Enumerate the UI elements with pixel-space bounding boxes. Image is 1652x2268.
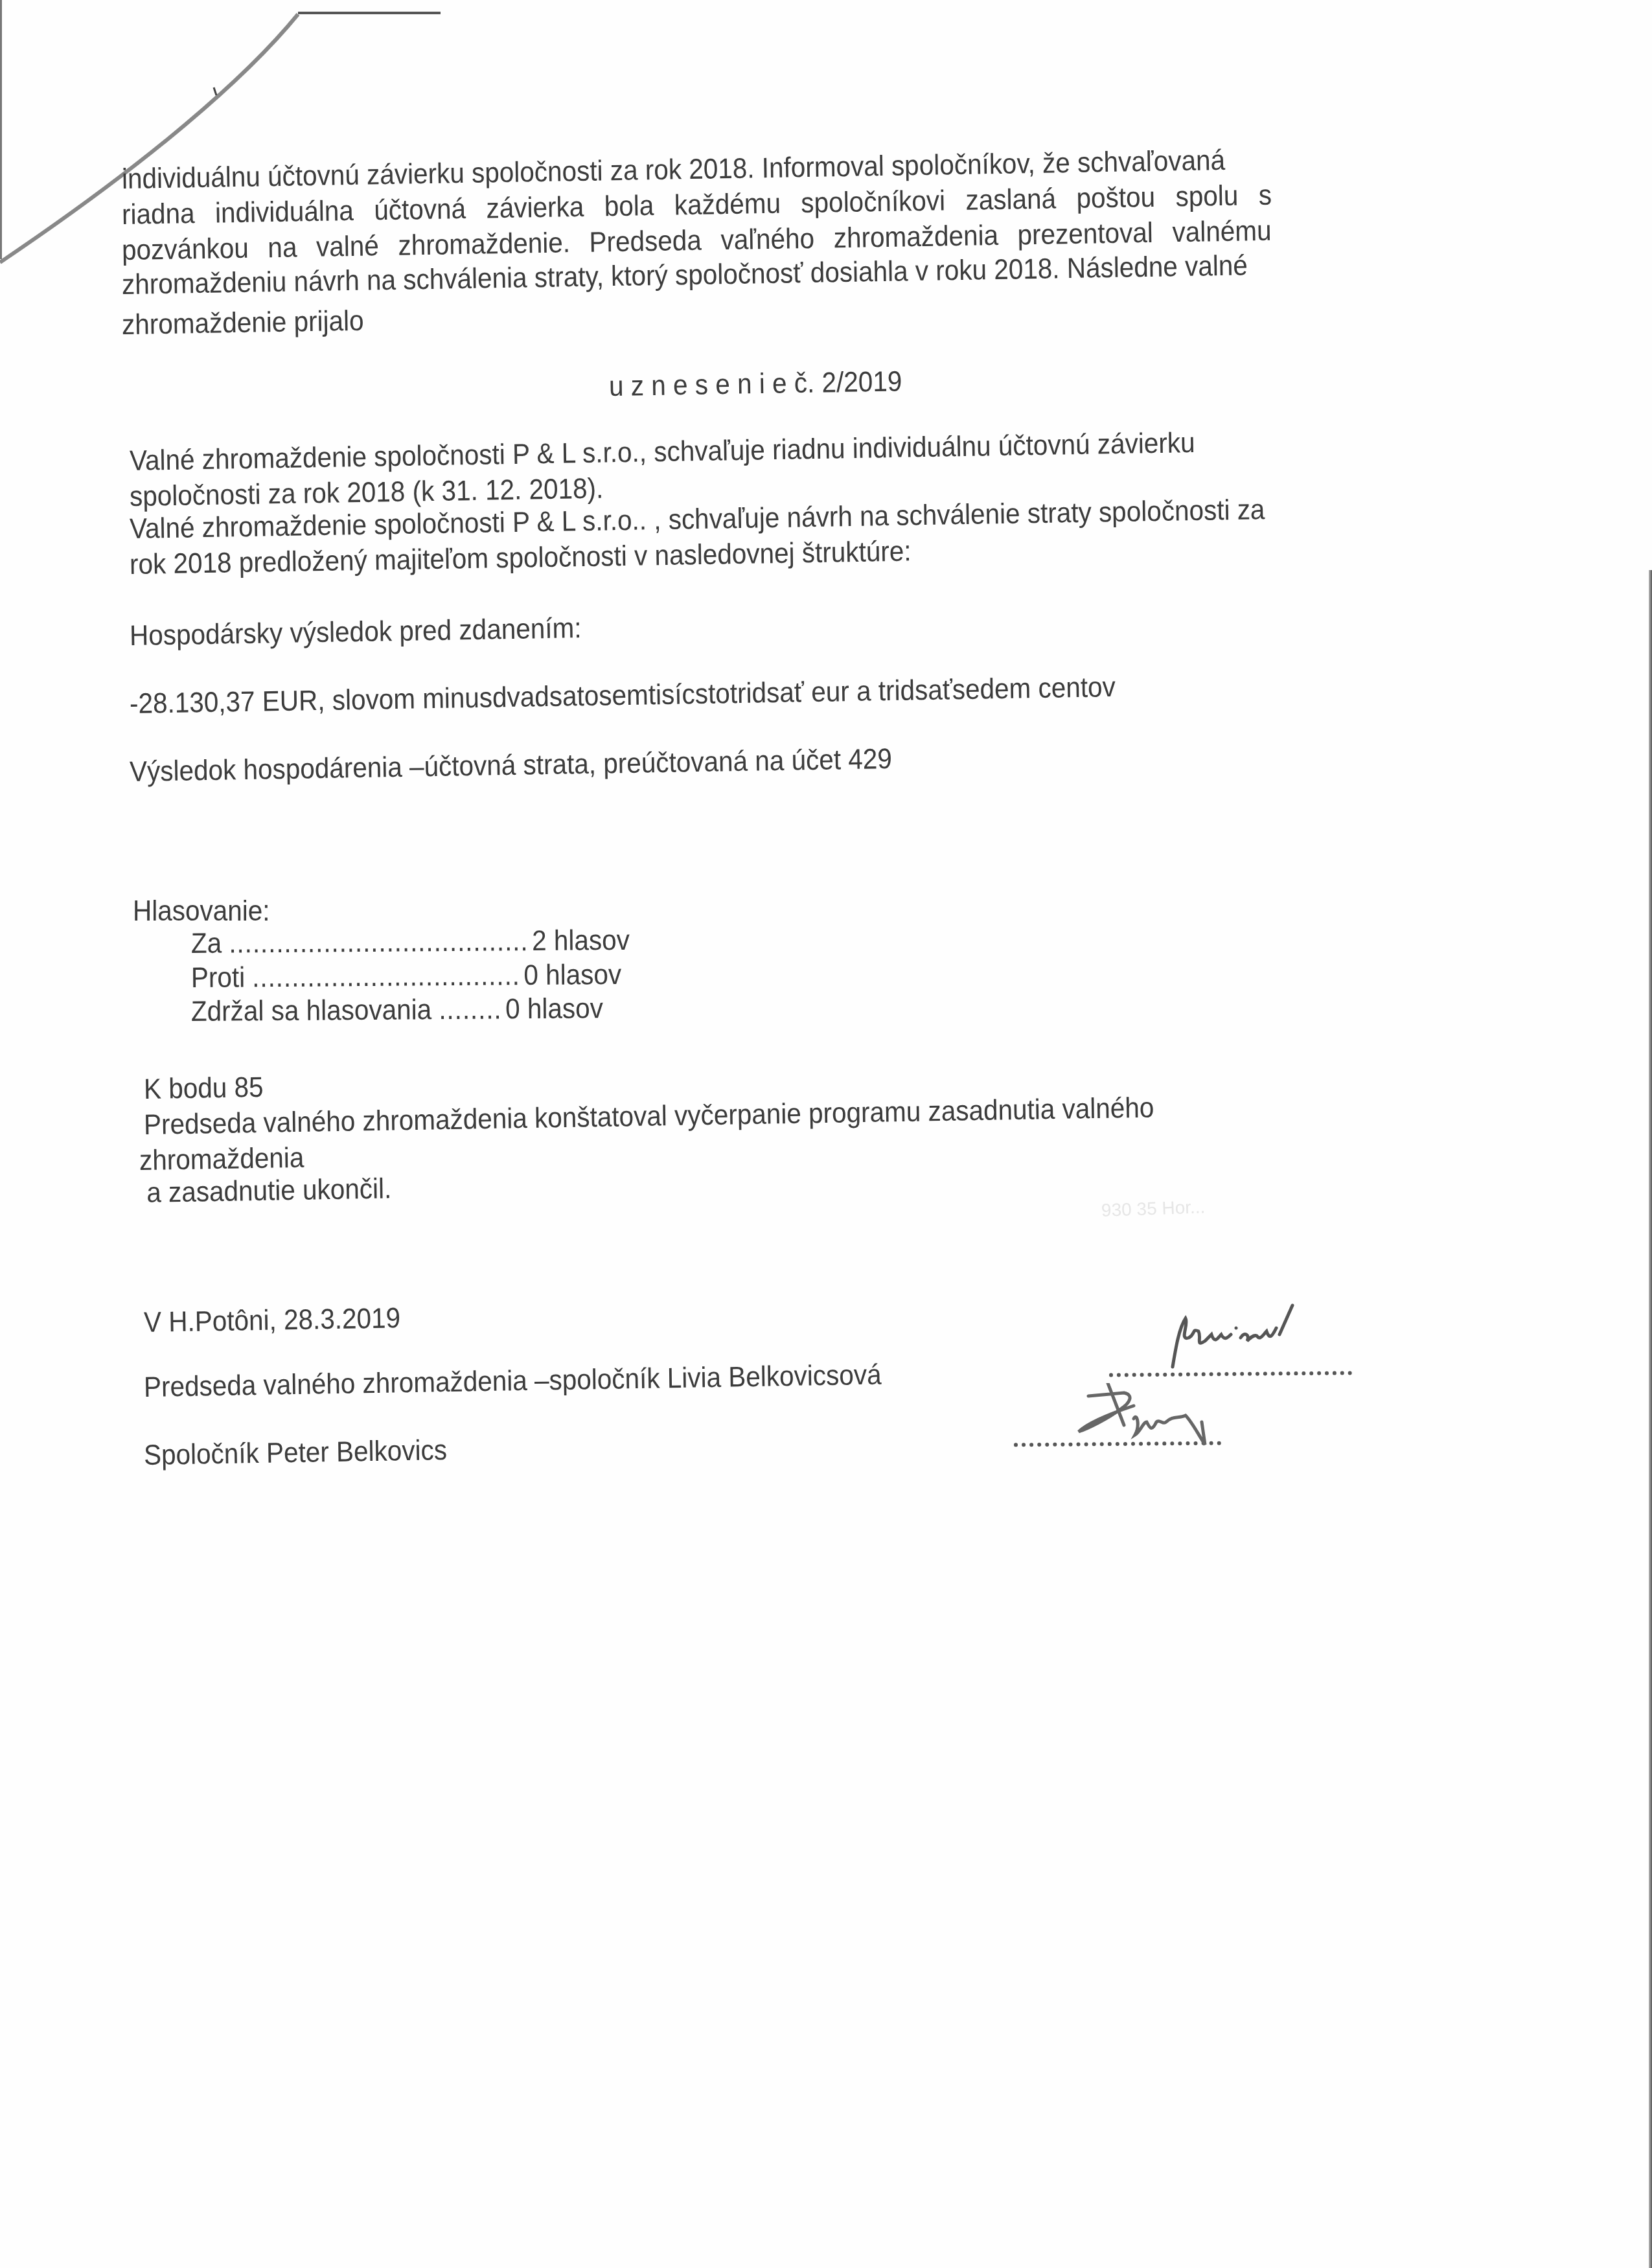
result-label: Hospodársky výsledok pred zdanením: (130, 614, 582, 650)
vote-row-abstain: Zdržal sa hlasovania ........ 0 hlasov (191, 994, 603, 1026)
voting-heading: Hlasovanie: (133, 897, 270, 926)
vote-label: Za (191, 930, 222, 958)
vote-value: 2 hlasov (532, 926, 630, 956)
vote-label: Zdržal sa hlasovania (191, 996, 432, 1026)
closing-line-3: a zasadnutie ukončil. (139, 1174, 392, 1208)
vote-row-against: Proti ..................................… (191, 961, 622, 992)
intro-line-5: zhromaždenie prijalo (122, 307, 364, 339)
closing-line-2: zhromaždenia (139, 1144, 304, 1175)
signature-partner (1075, 1383, 1270, 1461)
resolution-line-4: rok 2018 predložený majiteľom spoločnost… (130, 537, 912, 579)
vote-dots: ...................................... (229, 927, 529, 958)
vote-dots: .................................. (252, 961, 520, 992)
result-account: Výsledok hospodárenia –účtovná strata, p… (130, 745, 892, 786)
resolution-title: u z n e s e n i e č. 2/2019 (609, 367, 902, 401)
place-date: V H.Potôni, 28.3.2019 (144, 1304, 401, 1337)
scan-edge-right (1649, 570, 1652, 2268)
signature-line-chair (1109, 1371, 1352, 1377)
faint-stamp: 930 35 Hor... (1101, 1197, 1205, 1221)
closing-point: K bodu 85 (144, 1073, 264, 1104)
signature-line-partner (1014, 1441, 1221, 1447)
scan-edge-left (0, 0, 2, 259)
signatory-chair: Predseda valného zhromaždenia –spoločník… (144, 1361, 882, 1402)
vote-value: 0 hlasov (505, 994, 603, 1024)
signatory-partner: Spoločník Peter Belkovics (144, 1436, 448, 1470)
resolution-line-1: Valné zhromaždenie spoločnosti P & L s.r… (130, 429, 1195, 475)
vote-row-for: Za .....................................… (191, 926, 630, 958)
vote-value: 0 hlasov (523, 961, 621, 990)
signature-chair (1160, 1302, 1328, 1373)
result-amount: -28.130,37 EUR, slovom minusdvadsatosemt… (130, 673, 1116, 718)
scanned-document-page: individuálnu účtovnú závierku spoločnost… (0, 0, 1652, 2268)
closing-line-1: Predseda valného zhromaždenia konštatova… (144, 1094, 1154, 1140)
vote-label: Proti (191, 963, 246, 992)
vote-dots: ........ (439, 995, 502, 1024)
